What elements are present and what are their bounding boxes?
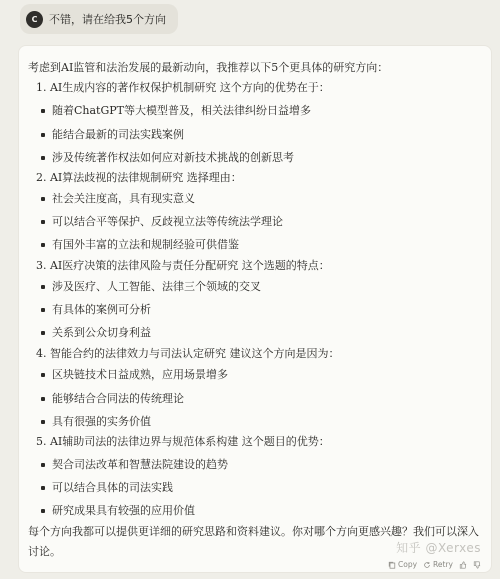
bullet-icon bbox=[41, 486, 45, 490]
list-item: 具有很强的实务价值 bbox=[41, 415, 151, 429]
user-message-text: 不错，请在给我5个方向 bbox=[49, 11, 166, 27]
message-actions: Copy Retry bbox=[388, 560, 481, 569]
list-item: 可以结合平等保护、反歧视立法等传统法学理论 bbox=[41, 215, 283, 229]
list-item: 随着ChatGPT等大模型普及，相关法律纠纷日益增多 bbox=[41, 104, 311, 118]
bullet-icon bbox=[41, 331, 45, 335]
direction-heading-5: 5. AI辅助司法的法律边界与规范体系构建 这个题目的优势： bbox=[36, 435, 330, 449]
list-item: 有国外丰富的立法和规制经验可供借鉴 bbox=[41, 238, 239, 252]
direction-heading-2: 2. AI算法歧视的法律规制研究 选择理由： bbox=[36, 171, 242, 185]
bullet-icon bbox=[41, 197, 45, 201]
retry-icon bbox=[423, 561, 431, 569]
user-message-bubble: C 不错，请在给我5个方向 bbox=[20, 4, 178, 34]
bullet-icon bbox=[41, 463, 45, 467]
list-item: 可以结合具体的司法实践 bbox=[41, 481, 173, 495]
direction-heading-1: 1. AI生成内容的著作权保护机制研究 这个方向的优势在于： bbox=[36, 81, 330, 95]
list-item: 契合司法改革和智慧法院建设的趋势 bbox=[41, 458, 228, 472]
thumbs-down-button[interactable] bbox=[473, 561, 481, 569]
list-item: 关系到公众切身利益 bbox=[41, 326, 151, 340]
bullet-icon bbox=[41, 308, 45, 312]
bullet-icon bbox=[41, 156, 45, 160]
bullet-icon bbox=[41, 133, 45, 137]
bullet-icon bbox=[41, 373, 45, 377]
answer-intro: 考虑到AI监管和法治发展的最新动向，我推荐以下5个更具体的研究方向： bbox=[28, 61, 388, 75]
bullet-icon bbox=[41, 109, 45, 113]
bullet-icon bbox=[41, 397, 45, 401]
list-item: 有具体的案例可分析 bbox=[41, 303, 151, 317]
watermark: 知乎 @Xerxes bbox=[396, 539, 481, 556]
assistant-answer-card: 考虑到AI监管和法治发展的最新动向，我推荐以下5个更具体的研究方向： 1. AI… bbox=[18, 45, 492, 573]
direction-heading-4: 4. 智能合约的法律效力与司法认定研究 建议这个方向是因为： bbox=[36, 347, 340, 361]
list-item: 涉及传统著作权法如何应对新技术挑战的创新思考 bbox=[41, 151, 294, 165]
retry-button[interactable]: Retry bbox=[423, 560, 453, 569]
thumbs-up-icon bbox=[459, 561, 467, 569]
direction-heading-3: 3. AI医疗决策的法律风险与责任分配研究 这个选题的特点： bbox=[36, 259, 330, 273]
list-item: 能结合最新的司法实践案例 bbox=[41, 128, 184, 142]
bullet-icon bbox=[41, 509, 45, 513]
thumbs-up-button[interactable] bbox=[459, 561, 467, 569]
copy-icon bbox=[388, 561, 396, 569]
copy-button[interactable]: Copy bbox=[388, 560, 417, 569]
bullet-icon bbox=[41, 220, 45, 224]
thumbs-down-icon bbox=[473, 561, 481, 569]
list-item: 社会关注度高，具有现实意义 bbox=[41, 192, 195, 206]
user-avatar: C bbox=[26, 11, 43, 28]
bullet-icon bbox=[41, 285, 45, 289]
bullet-icon bbox=[41, 243, 45, 247]
list-item: 区块链技术日益成熟，应用场景增多 bbox=[41, 368, 228, 382]
bullet-icon bbox=[41, 420, 45, 424]
list-item: 涉及医疗、人工智能、法律三个领域的交叉 bbox=[41, 280, 261, 294]
list-item: 能够结合合同法的传统理论 bbox=[41, 392, 184, 406]
list-item: 研究成果具有较强的应用价值 bbox=[41, 504, 195, 518]
